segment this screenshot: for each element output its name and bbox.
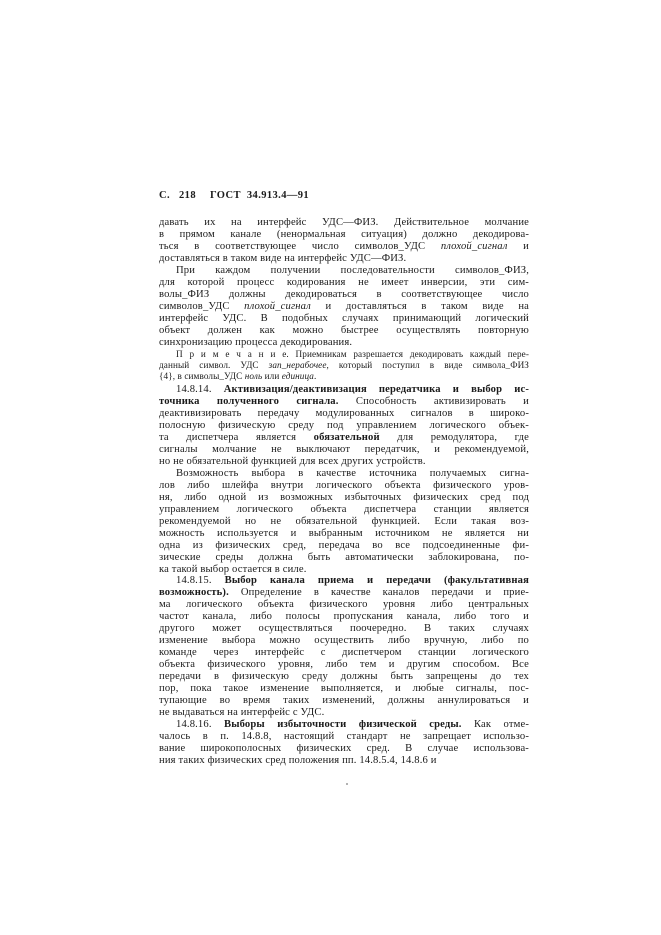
text-line: пор, пока такое изменение выполняется, и… (159, 683, 529, 695)
text-line: {4}, в символы_УДС ноль или единица. (159, 371, 529, 382)
text-line: интерфейс УДС. В подобных случаях приним… (159, 313, 529, 325)
text-segment: управлением логического объекта диспетче… (159, 504, 529, 515)
paragraph: 14.8.14. Активизация/деактивизация перед… (159, 384, 529, 468)
text-segment: волы_ФИЗ должны декодироваться в соответ… (159, 289, 529, 300)
page-number-label: С. 218 (159, 190, 196, 201)
text-segment: Способность активизировать и (356, 396, 529, 407)
text-segment: другого может осуществляться поочередно.… (159, 623, 529, 634)
text-line: частот канала, либо полосы пропускания к… (159, 611, 529, 623)
text-segment: зические среды должна быть автоматически… (159, 552, 529, 563)
standard-number-label: ГОСТ 34.913.4—91 (210, 190, 309, 201)
text-line: 14.8.15. Выбор канала приема и передачи … (159, 575, 529, 587)
bold-text-segment: Активизация/деактивизация передатчика и … (224, 384, 529, 395)
text-line: сигналы молчание не выключают передатчик… (159, 444, 529, 456)
text-line: та диспетчера является обязательной для … (159, 432, 529, 444)
text-line: возможность). Определение в качестве кан… (159, 587, 529, 599)
text-segment: 14.8.15. (176, 575, 225, 586)
text-segment: та диспетчера является (159, 432, 314, 443)
text-line: тупающие во время таких изменений, должн… (159, 695, 529, 707)
text-segment: При каждом получении последовательности … (176, 265, 529, 276)
text-line: точника полученного сигнала. Способность… (159, 396, 529, 408)
text-segment: чалось в п. 14.8.8, настоящий стандарт н… (159, 731, 529, 742)
text-segment: 14.8.16. (176, 719, 224, 730)
text-line: синхронизацию процесса декодирования. (159, 337, 529, 349)
text-segment: или (262, 371, 282, 381)
text-line: Возможность выбора в качестве источника … (159, 468, 529, 480)
text-line: При каждом получении последовательности … (159, 265, 529, 277)
text-line: объект должен как можно быстрее осуществ… (159, 325, 529, 337)
text-segment: Определение в качестве каналов передачи … (241, 587, 529, 598)
document-body: давать их на интерфейс УДС—ФИЗ. Действит… (159, 217, 529, 767)
note-block: П р и м е ч а н и е. Приемникам разрешае… (159, 349, 529, 382)
text-segment: синхронизацию процесса декодирования. (159, 337, 352, 348)
text-segment: вание широкополосных физических сред. В … (159, 743, 529, 754)
text-segment: тупающие во время таких изменений, должн… (159, 695, 529, 706)
text-segment: рекомендуемой но не обязательной функцие… (159, 516, 529, 527)
text-segment: но не обязательной функцией для всех дру… (159, 456, 426, 467)
text-segment: передачи в физическую среду должны быть … (159, 671, 529, 682)
text-segment: доставляться в таком виде на интерфейс У… (159, 253, 406, 264)
italic-term-segment: плохой_сигнал (244, 301, 311, 312)
text-segment: ния таких физических сред положения пп. … (159, 755, 437, 766)
text-line: передачи в физическую среду должны быть … (159, 671, 529, 683)
text-line: ка такой выбор остается в силе. (159, 564, 529, 576)
text-line: изменение выбора можно осуществить либо … (159, 635, 529, 647)
text-segment: данный символ. УДС (159, 360, 269, 370)
text-segment: символов_УДС (159, 301, 244, 312)
text-line: 14.8.14. Активизация/деактивизация перед… (159, 384, 529, 396)
text-segment: ться в соответствующее число символов_УД… (159, 241, 441, 252)
text-line: волы_ФИЗ должны декодироваться в соответ… (159, 289, 529, 301)
text-line: объекта физического уровня, либо тем и д… (159, 659, 529, 671)
text-segment: объекта физического уровня, либо тем и д… (159, 659, 529, 670)
text-line: в прямом канале (ненормальная ситуация) … (159, 229, 529, 241)
text-line: доставляться в таком виде на интерфейс У… (159, 253, 529, 265)
text-line: не выдаваться на интерфейс с УДС. (159, 707, 529, 719)
text-segment: интерфейс УДС. В подобных случаях приним… (159, 313, 529, 324)
text-line: другого может осуществляться поочередно.… (159, 623, 529, 635)
paragraph: Возможность выбора в качестве источника … (159, 468, 529, 576)
text-segment: лов либо шлейфа внутри логического объек… (159, 480, 529, 491)
text-segment: {4}, в символы_УДС (159, 371, 245, 381)
italic-term-segment: единица (282, 371, 314, 381)
text-segment: давать их на интерфейс УДС—ФИЗ. Действит… (159, 217, 529, 228)
bold-text-segment: Выборы избыточности физической среды. (224, 719, 474, 730)
paragraph: 14.8.15. Выбор канала приема и передачи … (159, 575, 529, 718)
text-segment: и (508, 241, 529, 252)
text-segment: П р и м е ч а н и е. Приемникам разрешае… (176, 349, 529, 359)
text-line: ма логического объекта физического уровн… (159, 599, 529, 611)
text-segment: для которой процесс кодирования не имеет… (159, 277, 529, 288)
text-segment: для ремодулятора, где (380, 432, 529, 443)
text-segment: одна из физических сред, передача во все… (159, 540, 529, 551)
paragraph: При каждом получении последовательности … (159, 265, 529, 349)
text-line: можность используется и выбранным источн… (159, 528, 529, 540)
scanned-document-page: С. 218ГОСТ 34.913.4—91 давать их на инте… (0, 0, 661, 935)
text-line: П р и м е ч а н и е. Приемникам разрешае… (159, 349, 529, 360)
italic-term-segment: зап_нерабочее (269, 360, 327, 370)
text-segment: команде через интерфейс с диспетчером ст… (159, 647, 529, 658)
text-segment: ма логического объекта физического уровн… (159, 599, 529, 610)
text-segment: изменение выбора можно осуществить либо … (159, 635, 529, 646)
text-line: вание широкополосных физических сред. В … (159, 743, 529, 755)
text-line: чалось в п. 14.8.8, настоящий стандарт н… (159, 731, 529, 743)
text-segment: . (314, 371, 316, 381)
text-segment: полосную физическую среду под управление… (159, 420, 529, 431)
text-line: управлением логического объекта диспетче… (159, 504, 529, 516)
text-line: но не обязательной функцией для всех дру… (159, 456, 529, 468)
text-segment: можность используется и выбранным источн… (159, 528, 529, 539)
text-line: ня, либо одной из возможных избыточных ф… (159, 492, 529, 504)
text-line: одна из физических сред, передача во все… (159, 540, 529, 552)
text-segment: Как отме- (474, 719, 529, 730)
text-segment: сигналы молчание не выключают передатчик… (159, 444, 529, 455)
text-line: зические среды должна быть автоматически… (159, 552, 529, 564)
text-segment: 14.8.14. (176, 384, 224, 395)
page-header: С. 218ГОСТ 34.913.4—91 (159, 190, 309, 201)
text-segment: Возможность выбора в качестве источника … (176, 468, 529, 479)
bold-text-segment: Выбор канала приема и передачи (факульта… (225, 575, 529, 586)
text-line: полосную физическую среду под управление… (159, 420, 529, 432)
paragraph: 14.8.16. Выборы избыточности физической … (159, 719, 529, 767)
text-segment: деактивизировать передачу модулированных… (159, 408, 529, 419)
text-segment: , который поступил в виде символа_ФИЗ (327, 360, 529, 370)
bold-text-segment: точника полученного сигнала. (159, 396, 356, 407)
text-segment: ня, либо одной из возможных избыточных ф… (159, 492, 529, 503)
text-segment: ка такой выбор остается в силе. (159, 564, 307, 575)
text-segment: частот канала, либо полосы пропускания к… (159, 611, 529, 622)
italic-term-segment: плохой_сигнал (441, 241, 508, 252)
text-segment: и доставляться в таком виде на (311, 301, 529, 312)
text-line: деактивизировать передачу модулированных… (159, 408, 529, 420)
bold-text-segment: возможность). (159, 587, 241, 598)
text-line: ния таких физических сред положения пп. … (159, 755, 529, 767)
bold-text-segment: обязательной (314, 432, 380, 443)
text-segment: в прямом канале (ненормальная ситуация) … (159, 229, 529, 240)
text-segment: пор, пока такое изменение выполняется, и… (159, 683, 529, 694)
italic-term-segment: ноль (245, 371, 263, 381)
text-line: символов_УДС плохой_сигнал и доставлятьс… (159, 301, 529, 313)
text-line: ться в соответствующее число символов_УД… (159, 241, 529, 253)
text-line: для которой процесс кодирования не имеет… (159, 277, 529, 289)
text-line: рекомендуемой но не обязательной функцие… (159, 516, 529, 528)
text-line: давать их на интерфейс УДС—ФИЗ. Действит… (159, 217, 529, 229)
text-segment: объект должен как можно быстрее осуществ… (159, 325, 529, 336)
text-line: данный символ. УДС зап_нерабочее, которы… (159, 360, 529, 371)
text-line: команде через интерфейс с диспетчером ст… (159, 647, 529, 659)
paragraph: давать их на интерфейс УДС—ФИЗ. Действит… (159, 217, 529, 265)
text-segment: не выдаваться на интерфейс с УДС. (159, 707, 324, 718)
text-line: лов либо шлейфа внутри логического объек… (159, 480, 529, 492)
scan-speck-artifact (346, 783, 348, 785)
text-line: 14.8.16. Выборы избыточности физической … (159, 719, 529, 731)
